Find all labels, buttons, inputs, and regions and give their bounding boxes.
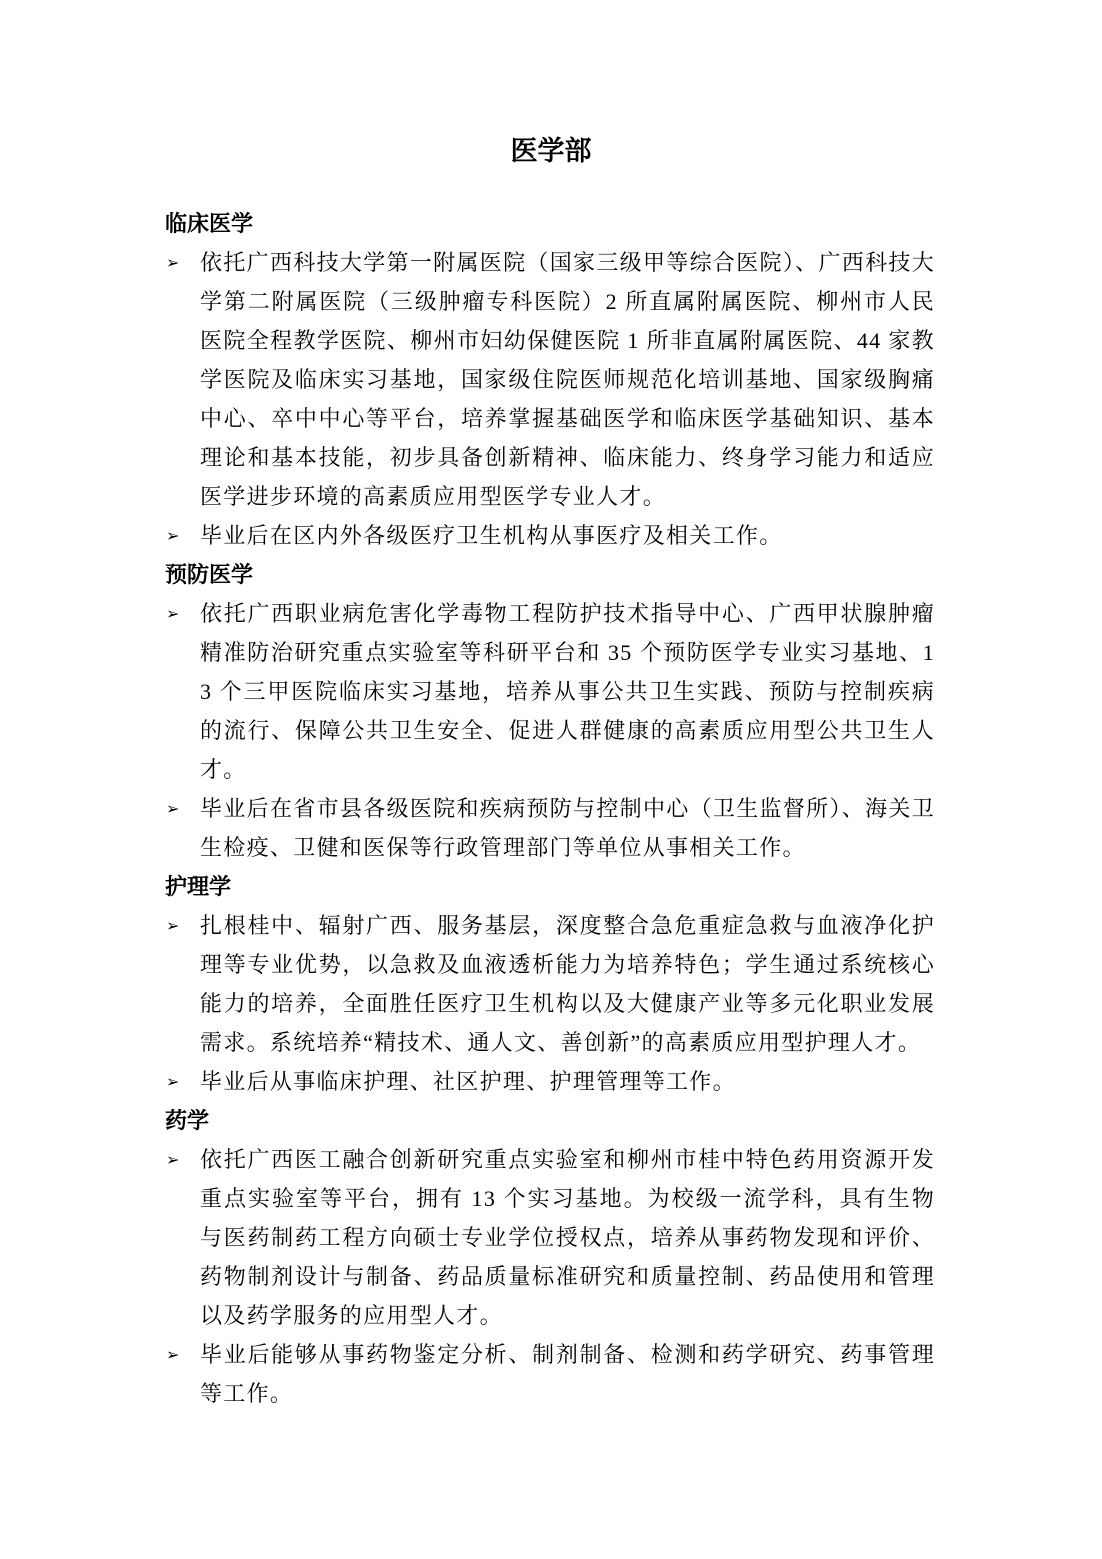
arrow-bullet-icon: ➢	[166, 1335, 179, 1374]
bullet-text: 毕业后从事临床护理、社区护理、护理管理等工作。	[200, 1062, 935, 1101]
list-item: ➢ 依托广西医工融合创新研究重点实验室和柳州市桂中特色药用资源开发重点实验室等平…	[165, 1140, 935, 1335]
arrow-bullet-icon: ➢	[166, 516, 179, 555]
arrow-bullet-icon: ➢	[166, 1062, 179, 1101]
arrow-bullet-icon: ➢	[166, 1140, 179, 1179]
section-heading: 护理学	[165, 867, 935, 906]
bullet-text: 依托广西科技大学第一附属医院（国家三级甲等综合医院）、广西科技大学第二附属医院（…	[200, 243, 935, 516]
bullet-text: 毕业后在区内外各级医疗卫生机构从事医疗及相关工作。	[200, 516, 935, 555]
section-heading: 预防医学	[165, 555, 935, 594]
list-item: ➢ 依托广西职业病危害化学毒物工程防护技术指导中心、广西甲状腺肿瘤精准防治研究重…	[165, 594, 935, 789]
arrow-bullet-icon: ➢	[166, 243, 179, 282]
bullet-text: 毕业后在省市县各级医院和疾病预防与控制中心（卫生监督所）、海关卫生检疫、卫健和医…	[200, 789, 935, 867]
document-body: 临床医学 ➢ 依托广西科技大学第一附属医院（国家三级甲等综合医院）、广西科技大学…	[165, 204, 935, 1413]
list-item: ➢ 毕业后从事临床护理、社区护理、护理管理等工作。	[165, 1062, 935, 1101]
section-preventive-medicine: 预防医学 ➢ 依托广西职业病危害化学毒物工程防护技术指导中心、广西甲状腺肿瘤精准…	[165, 555, 935, 867]
list-item: ➢ 毕业后在省市县各级医院和疾病预防与控制中心（卫生监督所）、海关卫生检疫、卫健…	[165, 789, 935, 867]
document-page: 医学部 临床医学 ➢ 依托广西科技大学第一附属医院（国家三级甲等综合医院）、广西…	[0, 0, 1102, 1559]
list-item: ➢ 依托广西科技大学第一附属医院（国家三级甲等综合医院）、广西科技大学第二附属医…	[165, 243, 935, 516]
list-item: ➢ 毕业后能够从事药物鉴定分析、制剂制备、检测和药学研究、药事管理等工作。	[165, 1335, 935, 1413]
bullet-text: 依托广西职业病危害化学毒物工程防护技术指导中心、广西甲状腺肿瘤精准防治研究重点实…	[200, 594, 935, 789]
list-item: ➢ 扎根桂中、辐射广西、服务基层，深度整合急危重症急救与血液净化护理等专业优势，…	[165, 906, 935, 1062]
arrow-bullet-icon: ➢	[166, 906, 179, 945]
arrow-bullet-icon: ➢	[166, 789, 179, 828]
bullet-text: 依托广西医工融合创新研究重点实验室和柳州市桂中特色药用资源开发重点实验室等平台，…	[200, 1140, 935, 1335]
arrow-bullet-icon: ➢	[166, 594, 179, 633]
bullet-text: 毕业后能够从事药物鉴定分析、制剂制备、检测和药学研究、药事管理等工作。	[200, 1335, 935, 1413]
section-heading: 药学	[165, 1101, 935, 1140]
section-pharmacy: 药学 ➢ 依托广西医工融合创新研究重点实验室和柳州市桂中特色药用资源开发重点实验…	[165, 1101, 935, 1413]
section-nursing: 护理学 ➢ 扎根桂中、辐射广西、服务基层，深度整合急危重症急救与血液净化护理等专…	[165, 867, 935, 1101]
bullet-text: 扎根桂中、辐射广西、服务基层，深度整合急危重症急救与血液净化护理等专业优势，以急…	[200, 906, 935, 1062]
section-clinical-medicine: 临床医学 ➢ 依托广西科技大学第一附属医院（国家三级甲等综合医院）、广西科技大学…	[165, 204, 935, 555]
page-title: 医学部	[0, 0, 1102, 171]
section-heading: 临床医学	[165, 204, 935, 243]
list-item: ➢ 毕业后在区内外各级医疗卫生机构从事医疗及相关工作。	[165, 516, 935, 555]
